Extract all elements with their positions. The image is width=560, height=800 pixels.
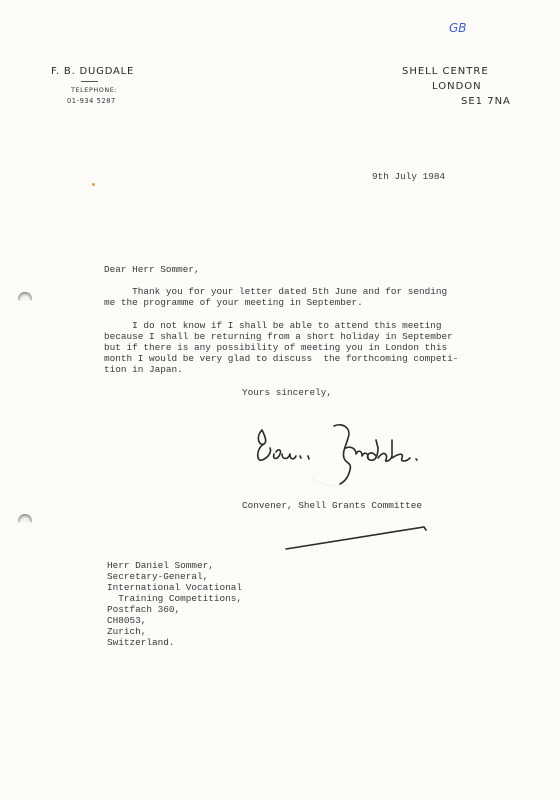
body-paragraph: Thank you for your letter dated 5th June… (104, 286, 447, 308)
address-line: SE1 7NA (461, 96, 511, 107)
punch-hole (18, 292, 32, 306)
signature-image (252, 418, 432, 498)
letter-page: GB F. B. DUGDALE TELEPHONE: 01-934 5287 … (0, 0, 560, 800)
recipient-line: Switzerland. (107, 637, 175, 648)
recipient-line: Herr Daniel Sommer, (107, 560, 214, 571)
letter-date: 9th July 1984 (372, 171, 445, 182)
pen-stroke-mark (280, 522, 430, 554)
recipient-line: Zurich, (107, 626, 146, 637)
punch-hole (18, 514, 32, 528)
salutation: Dear Herr Sommer, (104, 264, 200, 275)
paper-speck (92, 183, 95, 186)
sender-name: F. B. DUGDALE (51, 66, 134, 77)
handwritten-annotation: GB (449, 21, 467, 35)
telephone-label: TELEPHONE: (71, 86, 117, 94)
closing: Yours sincerely, (242, 387, 332, 398)
recipient-line: Postfach 360, (107, 604, 180, 615)
address-line: SHELL CENTRE (402, 66, 489, 77)
address-line: LONDON (432, 81, 482, 92)
recipient-line: Training Competitions, (107, 593, 242, 604)
recipient-line: CH8053, (107, 615, 146, 626)
body-paragraph: I do not know if I shall be able to atte… (104, 320, 458, 375)
telephone-number: 01-934 5287 (67, 97, 116, 105)
signatory-title: Convener, Shell Grants Committee (242, 500, 422, 511)
recipient-line: International Vocational (107, 582, 242, 593)
recipient-line: Secretary-General, (107, 571, 208, 582)
header-divider (81, 81, 98, 82)
